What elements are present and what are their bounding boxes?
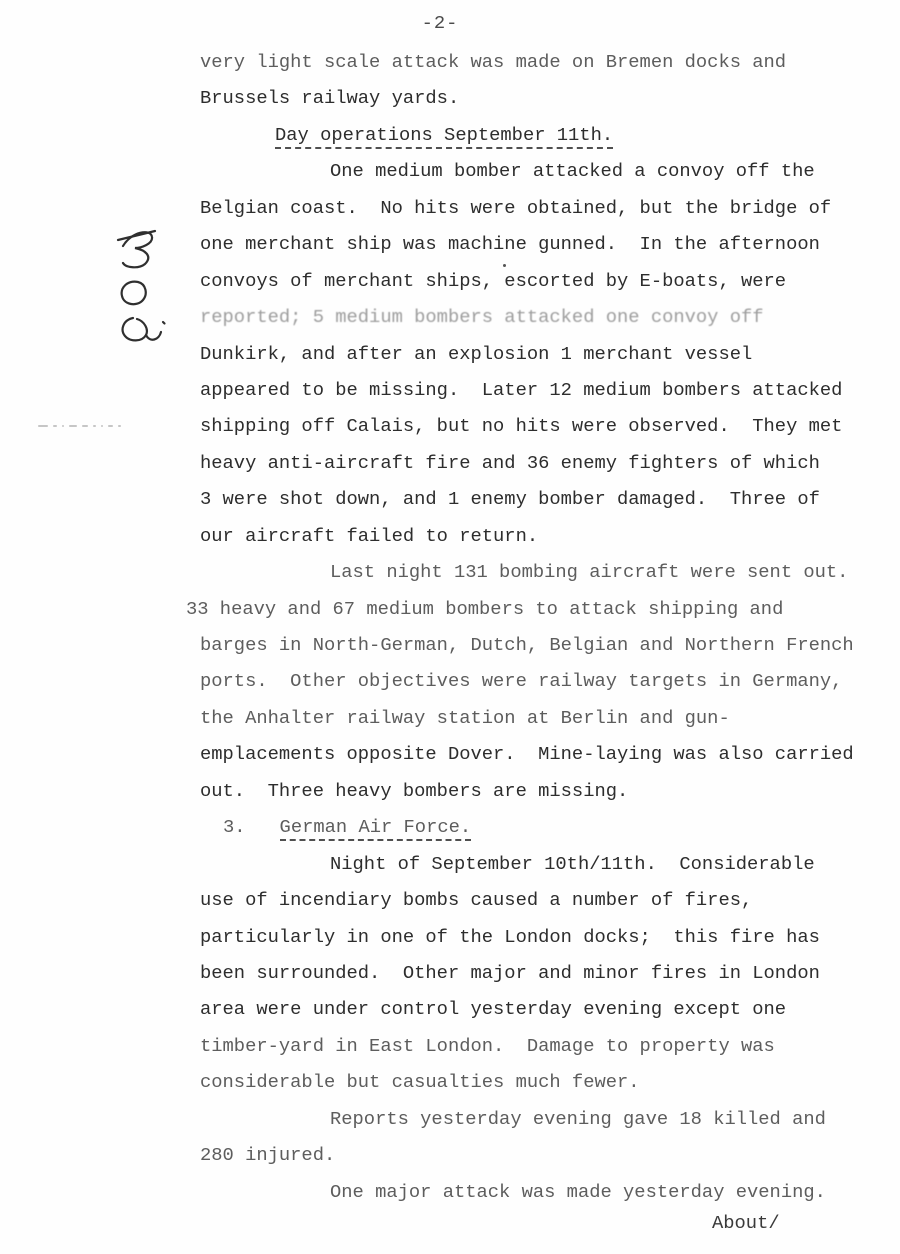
text-line: 3 were shot down, and 1 enemy bomber dam… — [200, 481, 880, 517]
text-line: heavy anti-aircraft fire and 36 enemy fi… — [200, 445, 880, 481]
section-heading-german-air-force: 3.German Air Force. — [200, 809, 880, 845]
text-line: out. Three heavy bombers are missing. — [200, 773, 880, 809]
text-line: Belgian coast. No hits were obtained, bu… — [200, 190, 880, 226]
text-line: appeared to be missing. Later 12 medium … — [200, 372, 880, 408]
pencil-marks — [38, 424, 148, 428]
text-line: Last night 131 bombing aircraft were sen… — [200, 554, 880, 590]
subheading-day-operations: Day operations September 11th. — [200, 117, 880, 153]
text-line: barges in North-German, Dutch, Belgian a… — [200, 627, 880, 663]
text-line: convoys of merchant ships, escorted by E… — [200, 263, 880, 299]
text-line: 280 injured. — [200, 1137, 880, 1173]
text-line: the Anhalter railway station at Berlin a… — [200, 700, 880, 736]
text-line: Reports yesterday evening gave 18 killed… — [200, 1101, 880, 1137]
text-line: area were under control yesterday evenin… — [200, 991, 880, 1027]
page-number: -2- — [0, 12, 880, 34]
text-line: shipping off Calais, but no hits were ob… — [200, 408, 880, 444]
text-line: One major attack was made yesterday even… — [200, 1174, 880, 1210]
text-line: reported; 5 medium bombers attacked one … — [200, 299, 880, 335]
text-line: very light scale attack was made on Brem… — [200, 44, 880, 80]
section-number: 3. — [223, 816, 246, 838]
text-line: use of incendiary bombs caused a number … — [200, 882, 880, 918]
text-line: considerable but casualties much fewer. — [200, 1064, 880, 1100]
text-line: Night of September 10th/11th. Considerab… — [200, 846, 880, 882]
handwriting-303-icon — [113, 226, 173, 358]
text-line: one merchant ship was machine gunned. In… — [200, 226, 880, 262]
text-line: been surrounded. Other major and minor f… — [200, 955, 880, 991]
text-line: 33 heavy and 67 medium bombers to attack… — [186, 591, 880, 627]
subheading-text: Day operations September 11th. — [275, 124, 613, 149]
typewritten-text: very light scale attack was made on Brem… — [200, 44, 880, 1210]
scanned-document-page: -2- very light scale attack was made on … — [0, 0, 900, 1254]
text-line: particularly in one of the London docks;… — [200, 919, 880, 955]
handwritten-margin-number — [113, 226, 173, 358]
text-line: ports. Other objectives were railway tar… — [200, 663, 880, 699]
text-line: emplacements opposite Dover. Mine-laying… — [200, 736, 880, 772]
text-line: our aircraft failed to return. — [200, 518, 880, 554]
text-line: timber-yard in East London. Damage to pr… — [200, 1028, 880, 1064]
text-line: Brussels railway yards. — [200, 80, 880, 116]
text-line: One medium bomber attacked a convoy off … — [200, 153, 880, 189]
continuation-catchword: About/ — [712, 1212, 780, 1234]
section-title: German Air Force. — [280, 816, 472, 841]
text-line: Dunkirk, and after an explosion 1 mercha… — [200, 336, 880, 372]
